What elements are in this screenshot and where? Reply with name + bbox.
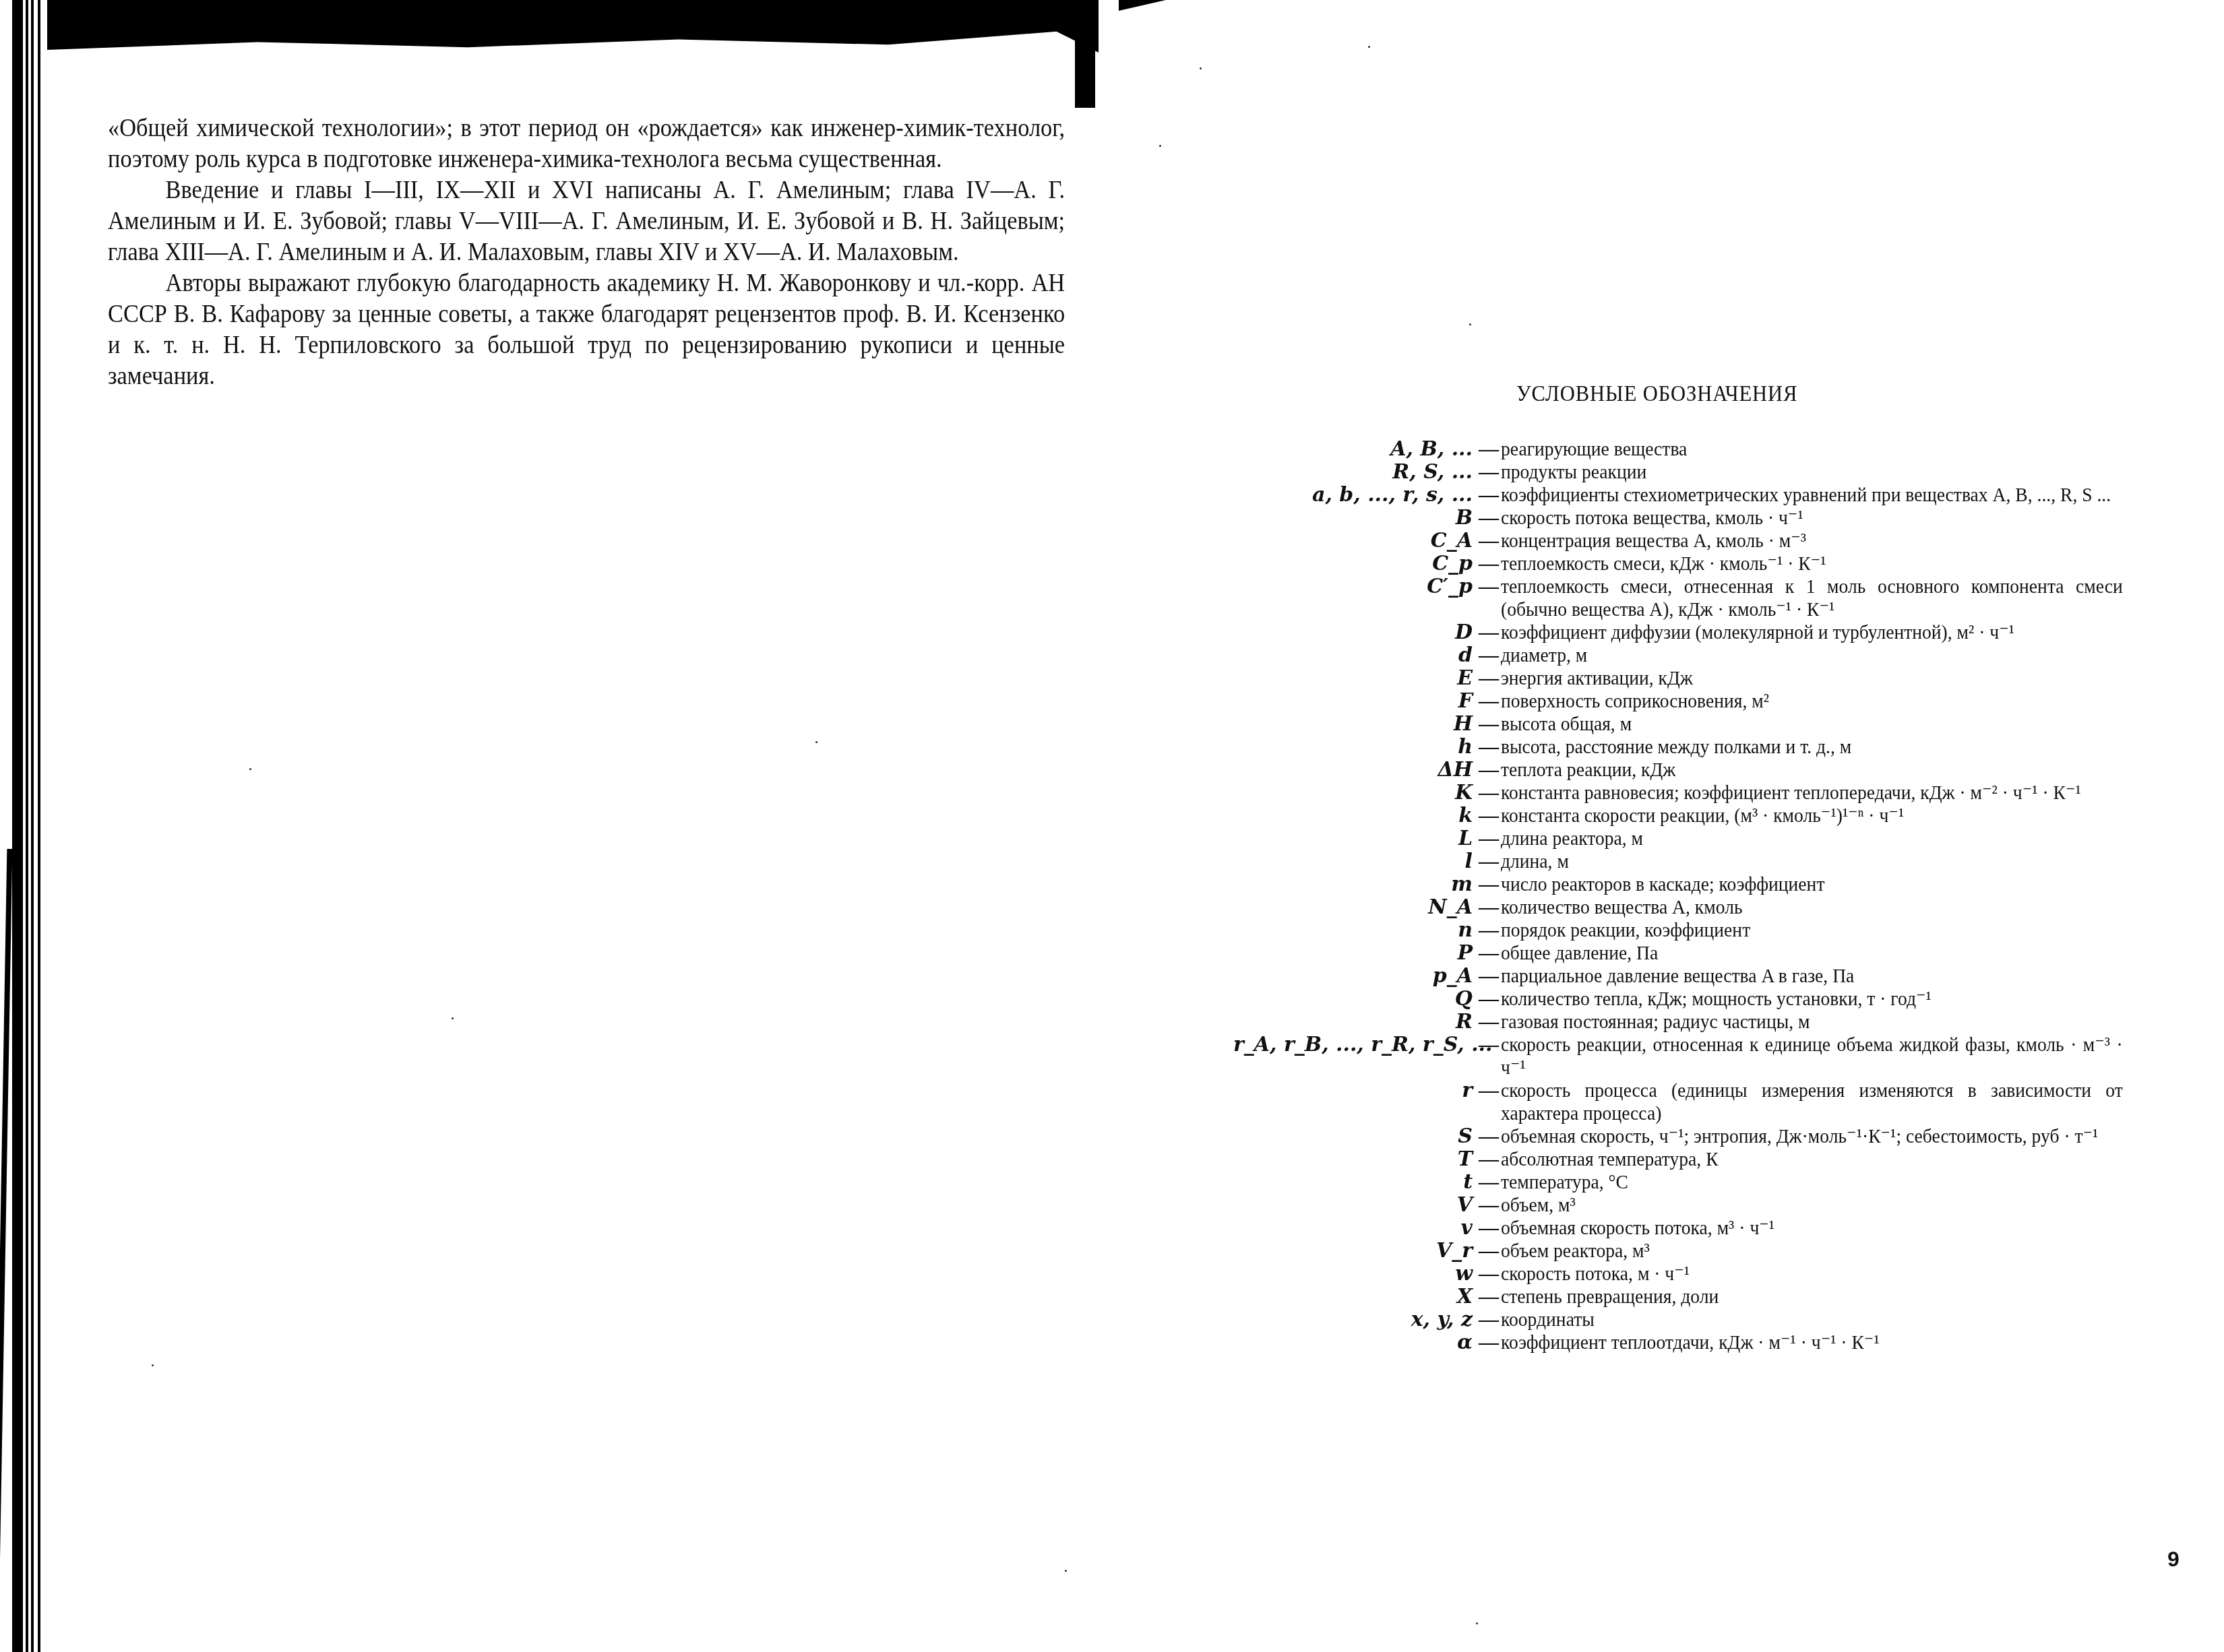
preface-paragraph-3: Авторы выражают глубокую благодарность а… <box>108 268 1065 392</box>
nomenclature-definition: диаметр, м <box>1501 644 2123 667</box>
nomenclature-row: T — абсолютная температура, К <box>1233 1148 2177 1171</box>
nomenclature-definition: теплоемкость смеси, отнесенная к 1 моль … <box>1501 575 2123 621</box>
nomenclature-dash: — <box>1477 507 1501 530</box>
nomenclature-definition: скорость потока вещества, кмоль · ч⁻¹ <box>1501 507 2123 530</box>
nomenclature-row: B — скорость потока вещества, кмоль · ч⁻… <box>1233 507 2177 530</box>
nomenclature-row: C′_p — теплоемкость смеси, отнесенная к … <box>1233 575 2177 621</box>
nomenclature-definition: парциальное давление вещества A в газе, … <box>1501 965 2123 988</box>
nomenclature-row: D — коэффициент диффузии (молекулярной и… <box>1233 621 2177 644</box>
scan-shadow-top <box>47 0 1099 53</box>
nomenclature-row: V — объем, м³ <box>1233 1194 2177 1217</box>
scan-speck <box>1159 145 1161 147</box>
nomenclature-dash: — <box>1477 1148 1501 1171</box>
binding-shadow <box>12 0 23 1652</box>
scan-speck <box>1368 46 1370 48</box>
nomenclature-dash: — <box>1477 873 1501 896</box>
nomenclature-dash: — <box>1477 461 1501 484</box>
nomenclature-symbol: L <box>1233 827 1477 850</box>
nomenclature-definition: константа равновесия; коэффициент теплоп… <box>1501 782 2123 804</box>
nomenclature-symbol: t <box>1233 1171 1477 1194</box>
nomenclature-dash: — <box>1477 736 1501 759</box>
nomenclature-symbol: R <box>1233 1011 1477 1034</box>
nomenclature-symbol: C_p <box>1233 552 1477 575</box>
nomenclature-definition: продукты реакции <box>1501 461 2123 484</box>
nomenclature-symbol: r_A, r_B, ..., r_R, r_S, ... <box>1233 1034 1477 1056</box>
nomenclature-symbol: k <box>1233 804 1477 827</box>
nomenclature-definition: скорость процесса (единицы измерения изм… <box>1501 1079 2123 1125</box>
nomenclature-dash: — <box>1477 1263 1501 1285</box>
nomenclature-row: P — общее давление, Па <box>1233 942 2177 965</box>
nomenclature-dash: — <box>1477 1331 1501 1354</box>
nomenclature-row: w — скорость потока, м · ч⁻¹ <box>1233 1263 2177 1285</box>
nomenclature-symbol: A, B, ... <box>1233 438 1477 461</box>
nomenclature-row: α — коэффициент теплоотдачи, кДж · м⁻¹ ·… <box>1233 1331 2177 1354</box>
nomenclature-dash: — <box>1477 484 1501 507</box>
nomenclature-definition: константа скорости реакции, (м³ · кмоль⁻… <box>1501 804 2123 827</box>
nomenclature-symbol: E <box>1233 667 1477 690</box>
nomenclature-dash: — <box>1477 1217 1501 1240</box>
nomenclature-definition: координаты <box>1501 1308 2123 1331</box>
nomenclature-row: R, S, ... — продукты реакции <box>1233 461 2177 484</box>
nomenclature-symbol: P <box>1233 942 1477 965</box>
scan-speck <box>452 1017 454 1019</box>
nomenclature-symbol: F <box>1233 690 1477 713</box>
nomenclature-dash: — <box>1477 1011 1501 1034</box>
nomenclature-row: F — поверхность соприкосновения, м² <box>1233 690 2177 713</box>
nomenclature-dash: — <box>1477 759 1501 782</box>
nomenclature-definition: теплоемкость смеси, кДж · кмоль⁻¹ · К⁻¹ <box>1501 552 2123 575</box>
nomenclature-symbol: n <box>1233 919 1477 942</box>
scan-speck <box>1065 1570 1067 1572</box>
nomenclature-symbol: ΔH <box>1233 759 1477 782</box>
nomenclature-symbol: d <box>1233 644 1477 667</box>
nomenclature-symbol: m <box>1233 873 1477 896</box>
nomenclature-dash: — <box>1477 667 1501 690</box>
nomenclature-symbol: r <box>1233 1079 1477 1102</box>
nomenclature-definition: абсолютная температура, К <box>1501 1148 2123 1171</box>
nomenclature-dash: — <box>1477 965 1501 988</box>
nomenclature-symbol: T <box>1233 1148 1477 1171</box>
nomenclature-symbol: N_A <box>1233 896 1477 919</box>
nomenclature-definition: скорость реакции, относенная к единице о… <box>1501 1034 2123 1079</box>
nomenclature-definition: количество вещества A, кмоль <box>1501 896 2123 919</box>
nomenclature-dash: — <box>1477 1034 1501 1056</box>
nomenclature-row: d — диаметр, м <box>1233 644 2177 667</box>
scan-speck <box>152 1364 154 1366</box>
scan-speck <box>1469 323 1471 325</box>
nomenclature-definition: объемная скорость, ч⁻¹; энтропия, Дж·мол… <box>1501 1125 2123 1148</box>
scan-speck <box>1476 1622 1478 1624</box>
nomenclature-symbol: x, y, z <box>1233 1308 1477 1331</box>
binding-line <box>26 0 28 1652</box>
nomenclature-dash: — <box>1477 1308 1501 1331</box>
nomenclature-dash: — <box>1477 530 1501 552</box>
nomenclature-definition: температура, °С <box>1501 1171 2123 1194</box>
nomenclature-definition: количество тепла, кДж; мощность установк… <box>1501 988 2123 1011</box>
nomenclature-dash: — <box>1477 804 1501 827</box>
binding-line <box>38 0 40 1652</box>
binding-line <box>31 0 34 1652</box>
nomenclature-dash: — <box>1477 896 1501 919</box>
nomenclature-row: N_A — количество вещества A, кмоль <box>1233 896 2177 919</box>
nomenclature-definition: энергия активации, кДж <box>1501 667 2123 690</box>
nomenclature-symbol: h <box>1233 736 1477 759</box>
nomenclature-dash: — <box>1477 1194 1501 1217</box>
nomenclature-definition: концентрация вещества A, кмоль · м⁻³ <box>1501 530 2123 552</box>
nomenclature-dash: — <box>1477 782 1501 804</box>
nomenclature-symbol: V <box>1233 1194 1477 1217</box>
nomenclature-definition: теплота реакции, кДж <box>1501 759 2123 782</box>
nomenclature-row: m — число реакторов в каскаде; коэффицие… <box>1233 873 2177 896</box>
nomenclature-row: x, y, z — координаты <box>1233 1308 2177 1331</box>
nomenclature-list: A, B, ... — реагирующие вещества R, S, .… <box>1233 438 2177 1354</box>
nomenclature-symbol: B <box>1233 507 1477 530</box>
nomenclature-symbol: C′_p <box>1233 575 1477 598</box>
nomenclature-definition: скорость потока, м · ч⁻¹ <box>1501 1263 2123 1285</box>
nomenclature-definition: поверхность соприкосновения, м² <box>1501 690 2123 713</box>
nomenclature-row: R — газовая постоянная; радиус частицы, … <box>1233 1011 2177 1034</box>
nomenclature-title: УСЛОВНЫЕ ОБОЗНАЧЕНИЯ <box>1516 381 1797 407</box>
nomenclature-row: C_p — теплоемкость смеси, кДж · кмоль⁻¹ … <box>1233 552 2177 575</box>
nomenclature-symbol: K <box>1233 782 1477 804</box>
nomenclature-row: r — скорость процесса (единицы измерения… <box>1233 1079 2177 1125</box>
nomenclature-dash: — <box>1477 1171 1501 1194</box>
nomenclature-dash: — <box>1477 827 1501 850</box>
nomenclature-symbol: V_r <box>1233 1240 1477 1263</box>
nomenclature-symbol: S <box>1233 1125 1477 1148</box>
nomenclature-row: a, b, ..., r, s, ... — коэффициенты стех… <box>1233 484 2177 507</box>
nomenclature-dash: — <box>1477 575 1501 598</box>
nomenclature-definition: длина, м <box>1501 850 2123 873</box>
scan-shadow-fold <box>1075 0 1095 108</box>
nomenclature-row: E — энергия активации, кДж <box>1233 667 2177 690</box>
nomenclature-symbol: D <box>1233 621 1477 644</box>
nomenclature-row: ΔH — теплота реакции, кДж <box>1233 759 2177 782</box>
nomenclature-definition: высота, расстояние между полками и т. д.… <box>1501 736 2123 759</box>
nomenclature-definition: число реакторов в каскаде; коэффициент <box>1501 873 2123 896</box>
scan-speck <box>249 768 251 770</box>
nomenclature-symbol: p_A <box>1233 965 1477 988</box>
nomenclature-dash: — <box>1477 850 1501 873</box>
nomenclature-definition: объем реактора, м³ <box>1501 1240 2123 1263</box>
nomenclature-row: k — константа скорости реакции, (м³ · км… <box>1233 804 2177 827</box>
nomenclature-row: C_A — концентрация вещества A, кмоль · м… <box>1233 530 2177 552</box>
nomenclature-row: n — порядок реакции, коэффициент <box>1233 919 2177 942</box>
nomenclature-row: L — длина реактора, м <box>1233 827 2177 850</box>
nomenclature-dash: — <box>1477 919 1501 942</box>
nomenclature-row: Q — количество тепла, кДж; мощность уста… <box>1233 988 2177 1011</box>
nomenclature-row: l — длина, м <box>1233 850 2177 873</box>
nomenclature-definition: реагирующие вещества <box>1501 438 2123 461</box>
nomenclature-symbol: Q <box>1233 988 1477 1011</box>
nomenclature-definition: степень превращения, доли <box>1501 1285 2123 1308</box>
nomenclature-symbol: a, b, ..., r, s, ... <box>1233 484 1477 507</box>
nomenclature-row: X — степень превращения, доли <box>1233 1285 2177 1308</box>
nomenclature-symbol: w <box>1233 1263 1477 1285</box>
nomenclature-symbol: X <box>1233 1285 1477 1308</box>
nomenclature-dash: — <box>1477 713 1501 736</box>
scan-speck <box>815 741 817 743</box>
nomenclature-symbol: α <box>1233 1331 1477 1354</box>
nomenclature-dash: — <box>1477 438 1501 461</box>
nomenclature-dash: — <box>1477 644 1501 667</box>
nomenclature-dash: — <box>1477 942 1501 965</box>
nomenclature-definition: порядок реакции, коэффициент <box>1501 919 2123 942</box>
nomenclature-row: A, B, ... — реагирующие вещества <box>1233 438 2177 461</box>
nomenclature-dash: — <box>1477 1125 1501 1148</box>
left-page: «Общей химической технологии»; в этот пе… <box>108 113 1065 392</box>
nomenclature-row: r_A, r_B, ..., r_R, r_S, ... — скорость … <box>1233 1034 2177 1079</box>
nomenclature-dash: — <box>1477 690 1501 713</box>
nomenclature-row: v — объемная скорость потока, м³ · ч⁻¹ <box>1233 1217 2177 1240</box>
nomenclature-symbol: R, S, ... <box>1233 461 1477 484</box>
nomenclature-dash: — <box>1477 552 1501 575</box>
nomenclature-definition: объемная скорость потока, м³ · ч⁻¹ <box>1501 1217 2123 1240</box>
nomenclature-definition: длина реактора, м <box>1501 827 2123 850</box>
nomenclature-definition: общее давление, Па <box>1501 942 2123 965</box>
scan-speck <box>1200 67 1202 69</box>
nomenclature-definition: коэффициент теплоотдачи, кДж · м⁻¹ · ч⁻¹… <box>1501 1331 2123 1354</box>
nomenclature-definition: газовая постоянная; радиус частицы, м <box>1501 1011 2123 1034</box>
nomenclature-symbol: l <box>1233 850 1477 873</box>
nomenclature-symbol: C_A <box>1233 530 1477 552</box>
nomenclature-row: V_r — объем реактора, м³ <box>1233 1240 2177 1263</box>
nomenclature-dash: — <box>1477 988 1501 1011</box>
nomenclature-symbol: H <box>1233 713 1477 736</box>
binding-edge <box>0 849 12 1652</box>
scan-shadow-wedge <box>1119 0 1166 11</box>
nomenclature-definition: коэффициенты стехиометрических уравнений… <box>1501 484 2123 507</box>
page-number: 9 <box>2167 1547 2180 1572</box>
nomenclature-dash: — <box>1477 1079 1501 1102</box>
nomenclature-row: K — константа равновесия; коэффициент те… <box>1233 782 2177 804</box>
nomenclature-definition: коэффициент диффузии (молекулярной и тур… <box>1501 621 2123 644</box>
nomenclature-row: h — высота, расстояние между полками и т… <box>1233 736 2177 759</box>
nomenclature-row: t — температура, °С <box>1233 1171 2177 1194</box>
nomenclature-symbol: v <box>1233 1217 1477 1240</box>
preface-paragraph-1: «Общей химической технологии»; в этот пе… <box>108 113 1065 175</box>
nomenclature-dash: — <box>1477 1240 1501 1263</box>
nomenclature-definition: высота общая, м <box>1501 713 2123 736</box>
nomenclature-dash: — <box>1477 621 1501 644</box>
nomenclature-definition: объем, м³ <box>1501 1194 2123 1217</box>
preface-paragraph-2: Введение и главы I—III, IX—XII и XVI нап… <box>108 175 1065 268</box>
nomenclature-row: S — объемная скорость, ч⁻¹; энтропия, Дж… <box>1233 1125 2177 1148</box>
nomenclature-dash: — <box>1477 1285 1501 1308</box>
nomenclature-row: H — высота общая, м <box>1233 713 2177 736</box>
nomenclature-row: p_A — парциальное давление вещества A в … <box>1233 965 2177 988</box>
